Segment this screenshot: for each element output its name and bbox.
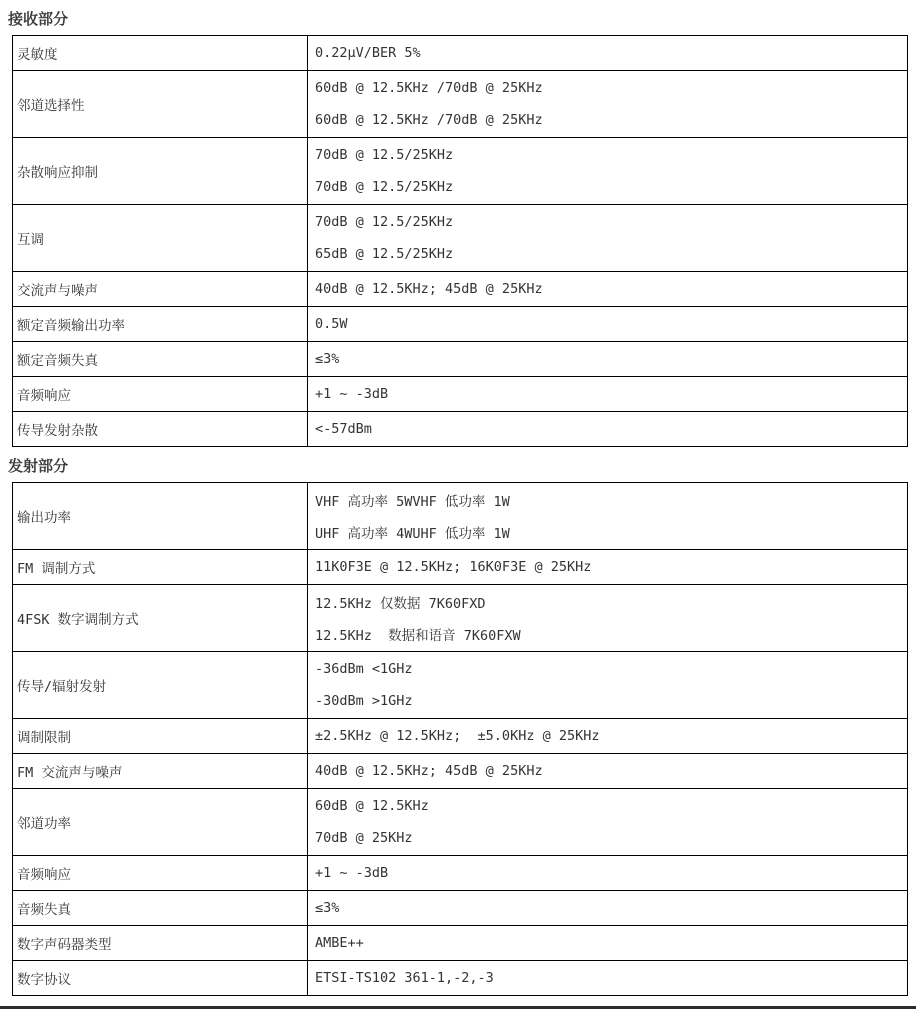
spec-value-line: 70dB @ 12.5/25KHz <box>308 139 907 171</box>
table-row: FM 调制方式11K0F3E @ 12.5KHz; 16K0F3E @ 25KH… <box>13 550 908 585</box>
spec-label: FM 调制方式 <box>17 561 95 577</box>
spec-label-cell: 额定音频输出功率 <box>13 307 308 342</box>
spec-value-cell: -36dBm <1GHz-30dBm >1GHz <box>308 652 908 719</box>
table-row: 传导发射杂散<-57dBm <box>13 412 908 447</box>
spec-value-line: -36dBm <1GHz <box>308 653 907 685</box>
spec-value-line: 0.5W <box>308 308 907 340</box>
table-row: 音频响应+1 ~ -3dB <box>13 377 908 412</box>
spec-value-line: 12.5KHz 仅数据 7K60FXD <box>308 586 907 618</box>
spec-value-cell: 70dB @ 12.5/25KHz70dB @ 12.5/25KHz <box>308 138 908 205</box>
spec-label: 杂散响应抑制 <box>17 165 98 181</box>
spec-table: 灵敏度0.22μV/BER 5%邻道选择性60dB @ 12.5KHz /70d… <box>12 35 908 447</box>
spec-value-line: AMBE++ <box>308 927 907 959</box>
table-row: 调制限制±2.5KHz @ 12.5KHz; ±5.0KHz @ 25KHz <box>13 719 908 754</box>
table-row: FM 交流声与噪声40dB @ 12.5KHz; 45dB @ 25KHz <box>13 754 908 789</box>
spec-label: 数字声码器类型 <box>17 937 112 953</box>
spec-value-cell: ETSI-TS102 361-1,-2,-3 <box>308 961 908 996</box>
spec-label-cell: 调制限制 <box>13 719 308 754</box>
spec-label: 额定音频失真 <box>17 353 98 369</box>
section-title: 接收部分 <box>8 10 908 28</box>
spec-label-cell: 音频失真 <box>13 891 308 926</box>
spec-value-cell: 0.22μV/BER 5% <box>308 36 908 71</box>
spec-value-line: +1 ~ -3dB <box>308 857 907 889</box>
spec-label-cell: 数字协议 <box>13 961 308 996</box>
spec-label-cell: 邻道功率 <box>13 789 308 856</box>
spec-value-line: 60dB @ 12.5KHz /70dB @ 25KHz <box>308 104 907 136</box>
spec-page: 接收部分灵敏度0.22μV/BER 5%邻道选择性60dB @ 12.5KHz … <box>0 0 916 996</box>
spec-label-cell: FM 交流声与噪声 <box>13 754 308 789</box>
table-row: 邻道选择性60dB @ 12.5KHz /70dB @ 25KHz60dB @ … <box>13 71 908 138</box>
table-row: 互调70dB @ 12.5/25KHz65dB @ 12.5/25KHz <box>13 205 908 272</box>
table-row: 额定音频输出功率0.5W <box>13 307 908 342</box>
spec-label-cell: 灵敏度 <box>13 36 308 71</box>
spec-value-line: -30dBm >1GHz <box>308 685 907 717</box>
table-row: 音频响应+1 ~ -3dB <box>13 856 908 891</box>
spec-value-line: 60dB @ 12.5KHz <box>308 790 907 822</box>
spec-label: 邻道功率 <box>17 816 71 832</box>
table-row: 灵敏度0.22μV/BER 5% <box>13 36 908 71</box>
spec-value-cell: 40dB @ 12.5KHz; 45dB @ 25KHz <box>308 272 908 307</box>
spec-label-cell: 杂散响应抑制 <box>13 138 308 205</box>
spec-value-line: 65dB @ 12.5/25KHz <box>308 238 907 270</box>
spec-value-cell: 60dB @ 12.5KHz70dB @ 25KHz <box>308 789 908 856</box>
spec-value-line: ≤3% <box>308 892 907 924</box>
spec-label: 4FSK 数字调制方式 <box>17 612 139 628</box>
spec-value-line: 70dB @ 12.5/25KHz <box>308 206 907 238</box>
spec-label-cell: 音频响应 <box>13 377 308 412</box>
spec-value-cell: 70dB @ 12.5/25KHz65dB @ 12.5/25KHz <box>308 205 908 272</box>
table-row: 杂散响应抑制70dB @ 12.5/25KHz70dB @ 12.5/25KHz <box>13 138 908 205</box>
spec-label: 邻道选择性 <box>17 98 85 114</box>
table-row: 额定音频失真≤3% <box>13 342 908 377</box>
spec-label: 调制限制 <box>17 730 71 746</box>
spec-value-cell: ±2.5KHz @ 12.5KHz; ±5.0KHz @ 25KHz <box>308 719 908 754</box>
spec-label-cell: 4FSK 数字调制方式 <box>13 585 308 652</box>
spec-value-line: 0.22μV/BER 5% <box>308 37 907 69</box>
spec-label: FM 交流声与噪声 <box>17 765 122 781</box>
spec-label: 音频响应 <box>17 388 71 404</box>
spec-value-cell: ≤3% <box>308 342 908 377</box>
spec-label: 传导发射杂散 <box>17 423 98 439</box>
spec-value-line: 12.5KHz 数据和语音 7K60FXW <box>308 618 907 650</box>
table-row: 输出功率VHF 高功率 5WVHF 低功率 1WUHF 高功率 4WUHF 低功… <box>13 483 908 550</box>
table-row: 4FSK 数字调制方式12.5KHz 仅数据 7K60FXD12.5KHz 数据… <box>13 585 908 652</box>
spec-label-cell: 音频响应 <box>13 856 308 891</box>
spec-value-line: 70dB @ 25KHz <box>308 822 907 854</box>
spec-table: 输出功率VHF 高功率 5WVHF 低功率 1WUHF 高功率 4WUHF 低功… <box>12 482 908 996</box>
spec-label-cell: 传导发射杂散 <box>13 412 308 447</box>
spec-label: 传导/辐射发射 <box>17 679 106 695</box>
spec-label: 交流声与噪声 <box>17 283 98 299</box>
spec-label-cell: 交流声与噪声 <box>13 272 308 307</box>
spec-value-line: ETSI-TS102 361-1,-2,-3 <box>308 962 907 994</box>
spec-label: 数字协议 <box>17 972 71 988</box>
spec-value-cell: +1 ~ -3dB <box>308 377 908 412</box>
spec-value-cell: 60dB @ 12.5KHz /70dB @ 25KHz60dB @ 12.5K… <box>308 71 908 138</box>
spec-label-cell: 互调 <box>13 205 308 272</box>
spec-label-cell: 输出功率 <box>13 483 308 550</box>
spec-value-line: 40dB @ 12.5KHz; 45dB @ 25KHz <box>308 273 907 305</box>
table-row: 传导/辐射发射-36dBm <1GHz-30dBm >1GHz <box>13 652 908 719</box>
table-row: 数字协议ETSI-TS102 361-1,-2,-3 <box>13 961 908 996</box>
spec-label-cell: 额定音频失真 <box>13 342 308 377</box>
spec-value-cell: AMBE++ <box>308 926 908 961</box>
spec-value-line: ≤3% <box>308 343 907 375</box>
spec-value-cell: +1 ~ -3dB <box>308 856 908 891</box>
spec-label: 额定音频输出功率 <box>17 318 125 334</box>
spec-label-cell: 数字声码器类型 <box>13 926 308 961</box>
spec-value-cell: 11K0F3E @ 12.5KHz; 16K0F3E @ 25KHz <box>308 550 908 585</box>
spec-label: 音频失真 <box>17 902 71 918</box>
spec-value-cell: <-57dBm <box>308 412 908 447</box>
spec-label: 灵敏度 <box>17 47 58 63</box>
spec-value-line: ±2.5KHz @ 12.5KHz; ±5.0KHz @ 25KHz <box>308 720 907 752</box>
section-title: 发射部分 <box>8 457 908 475</box>
spec-value-line: VHF 高功率 5WVHF 低功率 1W <box>308 484 907 516</box>
spec-value-line: <-57dBm <box>308 413 907 445</box>
spec-value-line: +1 ~ -3dB <box>308 378 907 410</box>
spec-value-line: 11K0F3E @ 12.5KHz; 16K0F3E @ 25KHz <box>308 551 907 583</box>
spec-label-cell: 邻道选择性 <box>13 71 308 138</box>
spec-label-cell: FM 调制方式 <box>13 550 308 585</box>
spec-label-cell: 传导/辐射发射 <box>13 652 308 719</box>
spec-label: 音频响应 <box>17 867 71 883</box>
spec-label: 互调 <box>17 232 44 248</box>
table-row: 邻道功率60dB @ 12.5KHz70dB @ 25KHz <box>13 789 908 856</box>
spec-value-cell: 0.5W <box>308 307 908 342</box>
table-row: 数字声码器类型AMBE++ <box>13 926 908 961</box>
spec-value-cell: 40dB @ 12.5KHz; 45dB @ 25KHz <box>308 754 908 789</box>
spec-value-line: UHF 高功率 4WUHF 低功率 1W <box>308 516 907 548</box>
spec-label: 输出功率 <box>17 510 71 526</box>
table-row: 音频失真≤3% <box>13 891 908 926</box>
spec-value-cell: ≤3% <box>308 891 908 926</box>
spec-value-cell: VHF 高功率 5WVHF 低功率 1WUHF 高功率 4WUHF 低功率 1W <box>308 483 908 550</box>
spec-value-cell: 12.5KHz 仅数据 7K60FXD12.5KHz 数据和语音 7K60FXW <box>308 585 908 652</box>
table-row: 交流声与噪声40dB @ 12.5KHz; 45dB @ 25KHz <box>13 272 908 307</box>
spec-value-line: 70dB @ 12.5/25KHz <box>308 171 907 203</box>
spec-value-line: 60dB @ 12.5KHz /70dB @ 25KHz <box>308 72 907 104</box>
spec-value-line: 40dB @ 12.5KHz; 45dB @ 25KHz <box>308 755 907 787</box>
